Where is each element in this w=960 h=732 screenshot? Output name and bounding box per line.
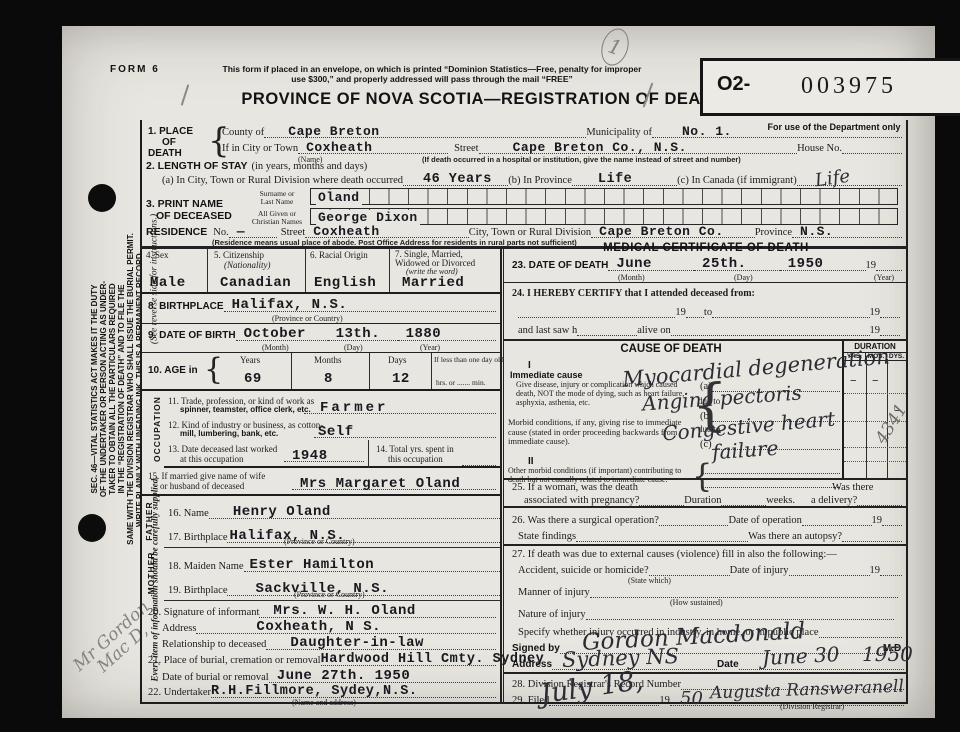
citizenship-label: 5. Citizenship: [214, 250, 264, 260]
citizenship-label2: (Nationality): [224, 260, 271, 270]
residence-line: RESIDENCE No. — Street Coxheath City, To…: [146, 224, 902, 238]
residence-division-value: Cape Breton Co.: [599, 224, 724, 239]
s14-label2: this occupation: [388, 454, 443, 464]
s18-label: 18. Maiden Name: [168, 561, 244, 572]
informant-address-value: Coxheath, N S.: [256, 619, 381, 635]
s25-delivery-label: a delivery?: [811, 495, 857, 506]
statute-line: SAME WITH THE DIVISION REGISTRAR WHO SHA…: [126, 169, 135, 609]
residence-street-value: Coxheath: [313, 224, 379, 239]
s17-label: 17. Birthplace: [168, 532, 227, 543]
s20-label: 20. Signature of informant: [148, 607, 259, 618]
s24-lastsaw-line: and last saw h alive on 19: [518, 322, 900, 336]
city-value: Coxheath: [306, 140, 372, 155]
s3-label-line2: OF DECEASED: [146, 210, 232, 222]
margin-statute-notice: SEC. 46—VITAL STATISTICS ACT MAKES IT TH…: [90, 169, 144, 609]
other-brace: {: [692, 460, 712, 492]
age-months-cell: Months 8: [292, 353, 370, 389]
mail-notice: This form if placed in an envelope, on w…: [212, 64, 652, 84]
age-days-label: Days: [388, 355, 407, 365]
form-number: FORM 6: [110, 64, 160, 75]
duration-rule: [844, 461, 906, 462]
duration-dash: –: [872, 373, 879, 388]
s27-manner-label: Manner of injury: [518, 587, 590, 598]
father-name-value: Henry Oland: [233, 504, 331, 520]
given-names-comb-field: George Dixon: [310, 208, 898, 225]
s20-rel-label: Relationship to deceased: [162, 639, 266, 650]
s16-label: 16. Name: [168, 508, 209, 519]
dob-day: 13th.: [336, 326, 381, 342]
s22-label: 22. Undertaker: [148, 687, 211, 698]
s25-duration-label: Duration: [684, 495, 721, 506]
s15-fill: Mrs Margaret Oland: [292, 478, 496, 490]
s15-label1: 15. If married give name of wife: [148, 471, 265, 481]
form-title: PROVINCE OF NOVA SCOTIA—REGISTRATION OF …: [182, 90, 782, 109]
age-days-cell: Days 12: [370, 353, 432, 389]
citizenship-value: Canadian: [220, 275, 291, 291]
s27-nature-label: Nature of injury: [518, 609, 586, 620]
residence-division-label: City, Town or Rural Division: [469, 227, 591, 238]
signed-by-label: Signed by: [512, 643, 560, 654]
s2-values-line: (a) In City, Town or Rural Division wher…: [162, 172, 902, 186]
mother-side-label: MOTHER: [146, 546, 156, 600]
immediate-cause-label: Immediate cause: [510, 370, 583, 380]
s27-accident-label: Accident, suicide or homicide?: [518, 565, 649, 576]
birthplace-label: 8. BIRTHPLACE: [148, 301, 224, 312]
death-cert-date-handwritten: June 30: [761, 642, 840, 670]
s27-injurydate-label: Date of injury: [730, 565, 789, 576]
spouse-row: 15. If married give name of wife or husb…: [142, 468, 500, 496]
age-label: 10. AGE in: [148, 365, 198, 376]
other-fill-1: [702, 464, 840, 474]
last-worked-value: 1948: [292, 448, 328, 464]
racial-origin-label: 6. Racial Origin: [310, 250, 368, 260]
s20-address-label: Address: [162, 623, 196, 634]
circled-page-mark: 1: [597, 25, 633, 69]
racial-origin-value: English: [314, 275, 376, 291]
s21-label: 21. Place of burial, cremation or remova…: [148, 655, 321, 666]
scanned-death-certificate: SEC. 46—VITAL STATISTICS ACT MAKES IT TH…: [0, 0, 960, 732]
duration-rule: [844, 447, 906, 448]
s11-fill: Farmer: [304, 402, 496, 414]
s2a-value: 46 Years: [423, 172, 492, 187]
rule: [142, 323, 500, 324]
serial-box: O2- 003975: [700, 58, 960, 116]
s26-date-label: Date of operation: [728, 515, 801, 526]
division-registrar-note: (Division Registrar): [780, 702, 844, 711]
age-months-label: Months: [314, 355, 342, 365]
marital-value: Married: [402, 275, 464, 291]
s3-label-line1: 3. PRINT NAME: [146, 198, 232, 210]
sex-cell: 4. Sex Male: [142, 248, 208, 292]
s24-yr2: 19: [870, 307, 881, 318]
s1-label-line1: 1. PLACE: [148, 126, 193, 137]
s1-county-line: County of Cape Breton Municipality of No…: [222, 124, 902, 138]
statute-line: SEC. 46—VITAL STATISTICS ACT MAKES IT TH…: [90, 169, 99, 609]
death-cert-year-handwritten: 1950: [862, 642, 913, 666]
age-years-label: Years: [240, 355, 260, 365]
residence-no-value: —: [237, 224, 245, 239]
burial-date-line: Date of burial or removal June 27th. 195…: [162, 669, 496, 683]
s2c-label: (c) In Canada (if immigrant): [677, 175, 797, 186]
city-label: If in City or Town: [222, 143, 298, 154]
mail-notice-line1: This form if placed in an envelope, on w…: [212, 64, 652, 74]
age-years-value: 69: [244, 371, 262, 387]
duration-dash: –: [850, 373, 857, 388]
s14-fill: [462, 454, 496, 466]
filed-year-handwritten: 50: [680, 688, 703, 709]
s2-header: 2. LENGTH OF STAY (in years, months and …: [146, 160, 367, 172]
s24-label: 24. I HEREBY CERTIFY that I attended dec…: [512, 288, 755, 299]
s27-yr: 19: [870, 565, 881, 576]
cause-c-value-handwritten-2: failure: [711, 436, 779, 465]
father-block: 16. Name Henry Oland 17. Birthplace Hali…: [164, 497, 500, 548]
residence-label: RESIDENCE: [146, 226, 207, 238]
racial-origin-cell: 6. Racial Origin English: [306, 248, 390, 292]
undertaker-note: (Name and address): [292, 698, 356, 707]
age-row: 10. AGE in { Years 69 Months 8 Days 12 I…: [142, 353, 500, 391]
birthplace-note: (Province or Country): [272, 314, 343, 323]
s2a-label: (a) In City, Town or Rural Division wher…: [162, 175, 403, 186]
s26-line1: 26. Was there a surgical operation? Date…: [512, 512, 902, 526]
father-birthplace-note: (Province or Country): [284, 537, 355, 546]
s3-surname-sublabel: Surname or Last Name: [248, 190, 306, 206]
occupation-block: 11. Trade, profession, or kind of work a…: [164, 392, 500, 468]
s11-label2: spinner, teamster, office clerk, etc.: [180, 405, 311, 414]
surname-value: Oland: [316, 190, 362, 205]
serial-prefix: O2-: [717, 73, 750, 96]
residence-province-value: N.S.: [800, 224, 833, 239]
s26-line2: State findings Was there an autopsy?: [518, 528, 902, 542]
s25-line2: associated with pregnancy? Duration week…: [524, 492, 902, 506]
burial-date-value: June 27th. 1950: [277, 668, 411, 684]
informant-value: Mrs. W. H. Oland: [273, 603, 415, 619]
rule: [504, 544, 908, 546]
street-label: Street: [454, 143, 479, 154]
s26-findings-label: State findings: [518, 531, 576, 542]
county-label: County of: [222, 127, 264, 138]
undertaker-line: 22. Undertaker R.H.Fillmore, Sydey,N.S.: [148, 684, 496, 698]
birthplace-line: 8. BIRTHPLACE Halifax, N.S.: [148, 298, 496, 312]
citizenship-cell: 5. Citizenship (Nationality) Canadian: [208, 248, 306, 292]
s27-manner-line: Manner of injury: [518, 584, 898, 598]
occupation-value: Farmer: [320, 400, 388, 416]
s25-line2-label: associated with pregnancy?: [524, 495, 639, 506]
death-month: June: [616, 256, 652, 272]
spouse-value: Mrs Margaret Oland: [300, 476, 460, 492]
s1-street-note: (If death occurred in a hospital or inst…: [422, 155, 741, 164]
occupation-side-label: OCCUPATION: [152, 394, 162, 464]
medical-certificate-title: MEDICAL CERTIFICATE OF DEATH: [506, 242, 906, 254]
statute-line: OF THE UNDERTAKER OR PERSON ACTING AS UN…: [99, 169, 108, 609]
sex-value: Male: [150, 275, 186, 291]
mother-birthplace-note: (Province or Country): [294, 590, 365, 599]
s1-label-line2: OF: [148, 137, 193, 148]
s2-label-paren: (in years, months and days): [252, 161, 368, 172]
certificate-paper: SEC. 46—VITAL STATISTICS ACT MAKES IT TH…: [62, 26, 935, 718]
surname-comb-field: Oland: [310, 188, 898, 205]
serial-number: 003975: [801, 73, 897, 100]
s19-label: 19. Birthplace: [168, 585, 227, 596]
date-of-birth-line: 9. DATE OF BIRTH October 13th. 1880: [148, 327, 496, 341]
age-days-value: 12: [392, 371, 410, 387]
undertaker-value: R.H.Fillmore, Sydey,N.S.: [211, 684, 417, 699]
page-mark-value: 1: [605, 34, 625, 61]
mother-block: 18. Maiden Name Ester Hamilton 19. Birth…: [164, 548, 500, 601]
s2-label: 2. LENGTH OF STAY: [146, 160, 248, 172]
s2b-label: (b) In Province: [508, 175, 572, 186]
s15-label2: or husband of deceased: [160, 481, 244, 491]
s26-q-label: 26. Was there a surgical operation?: [512, 515, 659, 526]
mail-notice-line2: use $300,” and properly addressed will p…: [212, 74, 652, 84]
s23-year-note: (Year): [874, 273, 894, 282]
age-months-value: 8: [324, 371, 333, 387]
s1-city-line: If in City or Town Coxheath Street Cape …: [222, 140, 902, 154]
s12-fill: Self: [314, 426, 496, 438]
house-no-label: House No.: [797, 143, 842, 154]
residence-province-label: Province: [755, 227, 792, 238]
residence-no-label: No.: [213, 227, 228, 238]
physician-address-label: Address: [512, 659, 552, 670]
death-year: 1950: [788, 256, 824, 272]
rule: [504, 478, 908, 480]
s1-label-line3: DEATH: [148, 148, 193, 159]
s23-month-note: (Month): [618, 273, 645, 282]
s24-to: to: [704, 307, 712, 318]
dob-year: 1880: [406, 326, 442, 342]
dob-month-note: (Month): [262, 343, 289, 352]
surname-sublabel-2: Last Name: [248, 198, 306, 206]
s13-label1: 13. Date deceased last worked: [168, 444, 277, 454]
s27-nature-line: Nature of injury: [518, 606, 894, 620]
mother-maiden-value: Ester Hamilton: [250, 557, 375, 573]
relationship-value: Daughter-in-law: [290, 635, 424, 651]
s24-certify-line: 24. I HEREBY CERTIFY that I attended dec…: [512, 288, 755, 299]
dob-day-note: (Day): [344, 343, 363, 352]
duration-dys: DYS.: [887, 353, 906, 360]
dob-label: 9. DATE OF BIRTH: [148, 330, 236, 341]
hrs-label: hrs. or: [436, 378, 455, 387]
sex-label: 4. Sex: [146, 250, 169, 260]
given-names-value: George Dixon: [316, 210, 420, 225]
s24-yr1: 19: [675, 307, 686, 318]
informant-line: 20. Signature of informant Mrs. W. H. Ol…: [148, 604, 496, 618]
dob-month: October: [244, 326, 306, 342]
burial-place-line: 21. Place of burial, cremation or remova…: [148, 652, 496, 666]
s26-yr: 19: [872, 515, 883, 526]
s24-lastsaw-label: and last saw h: [518, 325, 577, 336]
physician-date-label: Date: [717, 659, 739, 670]
residence-street-label: Street: [281, 227, 306, 238]
s26-autopsy-label: Was there an autopsy?: [748, 531, 842, 542]
s23-label: 23. DATE OF DEATH: [512, 260, 608, 271]
informant-relationship-line: Relationship to deceased Daughter-in-law: [162, 636, 496, 650]
age-less-label: If less than one day old: [434, 355, 504, 364]
burial-place-value: Hardwood Hill Cmty. Sydney: [321, 652, 545, 667]
s29-yr: 19: [659, 695, 670, 706]
s24-aliveon-label: alive on: [637, 325, 671, 336]
s3-label: 3. PRINT NAME OF DECEASED: [146, 198, 232, 222]
age-years-cell: Years 69: [216, 353, 292, 389]
demographics-row: 4. Sex Male 5. Citizenship (Nationality)…: [142, 248, 500, 294]
death-day: 25th.: [702, 256, 747, 272]
s2b-value: Life: [598, 172, 632, 187]
s23-yr: 19: [866, 260, 877, 271]
s25-weeks-label: weeks.: [766, 495, 795, 506]
age-hrs-min: hrs. or ....... min.: [436, 378, 486, 387]
rule: [504, 672, 908, 674]
s13-fill: 1948: [284, 450, 364, 462]
column-divider: [500, 247, 504, 704]
duration-rule: [844, 393, 906, 394]
father-side-label: FATHER: [144, 496, 154, 546]
rule: [368, 440, 369, 468]
marital-status-cell: 7. Single, Married, Widowed or Divorced …: [390, 248, 500, 292]
industry-value: Self: [318, 424, 354, 440]
rule: [504, 506, 908, 508]
statute-line: TAKER TO OBTAIN ALL THE PARTICULARS REQU…: [108, 169, 117, 609]
s24-yr3: 19: [870, 325, 881, 336]
min-label: min.: [472, 378, 486, 387]
s27-accident-line: Accident, suicide or homicide? Date of i…: [518, 562, 902, 576]
s13-label2: at this occupation: [180, 454, 243, 464]
s12-label2: mill, lumbering, bank, etc.: [180, 429, 278, 438]
s24-from-line: 19 to 19: [518, 304, 900, 318]
s1-label: 1. PLACE OF DEATH: [148, 126, 193, 159]
s27-intro: 27. If death was due to external causes …: [512, 549, 837, 560]
municipality-label: Municipality of: [586, 127, 652, 138]
date-of-death-line: 23. DATE OF DEATH June 25th. 1950 19: [512, 257, 902, 271]
informant-address-line: Address Coxheath, N S.: [162, 620, 496, 634]
rule: [504, 282, 908, 283]
street-value: Cape Breton Co., N.S.: [513, 140, 687, 155]
birthplace-value: Halifax, N.S.: [232, 297, 348, 313]
age-hours-cell: If less than one day old hrs. or .......…: [432, 353, 500, 389]
dob-year-note: (Year): [420, 343, 440, 352]
s14-label1: 14. Total yrs. spent in: [376, 444, 454, 454]
county-value: Cape Breton: [288, 124, 379, 139]
municipality-value: No. 1.: [682, 124, 732, 139]
statute-line: IN THE “REGISTRATION OF DEATH” AND TO FI…: [117, 169, 126, 609]
s23-day-note: (Day): [734, 273, 753, 282]
s21-date-label: Date of burial or removal: [162, 672, 269, 683]
